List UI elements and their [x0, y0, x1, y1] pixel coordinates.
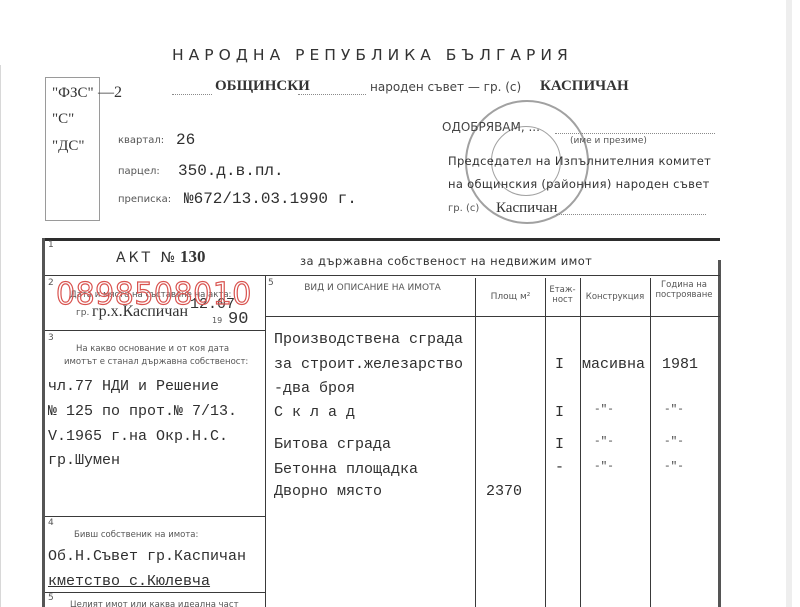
- header-floors: Етаж-ност: [546, 285, 579, 305]
- row-construction: -"-: [594, 436, 614, 448]
- section4-line: кметство с.Кюлевча: [48, 573, 210, 590]
- header-description: ВИД И ОПИСАНИЕ НА ИМОТА: [275, 283, 470, 293]
- column-divider: [545, 278, 546, 607]
- file-value: №672/13.03.1990 г.: [184, 190, 357, 208]
- section5-label: Целият имот или каква идеална част: [70, 600, 239, 607]
- section3-line: чл.77 НДИ и Решение: [48, 378, 219, 395]
- phone-watermark: 0898508010: [56, 277, 252, 312]
- column-divider: [475, 278, 476, 607]
- row-area: 2370: [486, 483, 522, 500]
- section-number: 3: [48, 333, 54, 343]
- row-year: -"-: [664, 461, 684, 473]
- header-construction: Конструкция: [581, 292, 649, 302]
- row-divider: [45, 592, 265, 593]
- row-description: С к л а д: [274, 404, 355, 421]
- name-hint: (име и презиме): [570, 136, 647, 146]
- section-number: 2: [48, 278, 54, 288]
- scan-edge-left: [0, 65, 1, 607]
- act-subject: за държавна собственост на недвижим имот: [300, 254, 592, 268]
- year-prefix: 19: [212, 316, 222, 325]
- row-description: Дворно място: [274, 483, 382, 500]
- form-top-border: [45, 238, 720, 241]
- row-description: Бетонна площадка: [274, 461, 418, 478]
- row-year: -"-: [664, 404, 684, 416]
- classification-code: "С": [52, 111, 74, 128]
- section4-line: Об.Н.Съвет гр.Каспичан: [48, 548, 246, 565]
- file-label: преписка:: [118, 194, 171, 205]
- council-label: народен съвет — гр. (с): [370, 80, 521, 94]
- column-divider: [265, 275, 266, 607]
- section3-label-line1: На какво основание и от коя дата: [76, 344, 229, 354]
- section-number: 5: [268, 278, 274, 288]
- row-floors: I: [555, 436, 564, 453]
- header-year: Година на построяване: [652, 280, 716, 300]
- scan-edge-right: [786, 0, 792, 607]
- approval-line-1: Председател на Изпълнителния комитет: [448, 154, 711, 168]
- council-town: КАСПИЧАН: [540, 78, 629, 95]
- act-number: 130: [180, 247, 206, 267]
- year-suffix: 90: [228, 310, 248, 329]
- section4-label: Бивш собственик на имота:: [74, 530, 198, 540]
- form-left-border: [42, 238, 45, 607]
- classification-code: "ФЗС": [52, 85, 94, 102]
- approval-line-3-prefix: гр. (с): [448, 203, 479, 214]
- dotted-line: [556, 214, 706, 215]
- section3-line: V.1965 г.на Окр.Н.С.: [48, 428, 228, 445]
- column-divider: [650, 278, 651, 607]
- section-number: 4: [48, 518, 54, 528]
- header-area: Площ м²: [478, 292, 543, 302]
- classification-code: "ДС": [52, 138, 84, 155]
- approval-line-2: на общинския (районния) народен съвет: [448, 177, 710, 191]
- row-description: Битова сграда: [274, 436, 391, 453]
- parcel-label: парцел:: [118, 166, 160, 177]
- column-divider: [580, 278, 581, 607]
- row-description: за строит.железарство: [274, 356, 463, 373]
- row-divider: [45, 516, 265, 517]
- section-number: 5: [48, 593, 54, 603]
- country-title: НАРОДНА РЕПУБЛИКА БЪЛГАРИЯ: [172, 46, 573, 64]
- row-divider: [45, 275, 720, 276]
- section3-line: № 125 по прот.№ 7/13.: [48, 403, 237, 420]
- row-construction: -"-: [594, 404, 614, 416]
- row-construction: -"-: [594, 461, 614, 473]
- row-floors: I: [555, 404, 564, 421]
- row-year: 1981: [662, 356, 698, 373]
- row-description: Производствена сграда: [274, 331, 463, 348]
- approval-town: Каспичан: [496, 200, 557, 217]
- quarter-label: квартал:: [118, 135, 164, 146]
- section3-label-line2: имотът е станал държавна собственост:: [64, 357, 248, 367]
- parcel-value: 350.д.в.пл.: [178, 162, 284, 180]
- quarter-value: 26: [176, 131, 195, 149]
- row-divider: [45, 330, 265, 331]
- row-floors: -: [555, 459, 564, 476]
- classification-box: "ФЗС" "С" "ДС": [45, 77, 100, 221]
- dotted-line: [172, 94, 212, 95]
- section3-line: гр.Шумен: [48, 452, 120, 469]
- approve-label: ОДОБРЯВАМ, ...: [442, 120, 540, 134]
- row-floors: I: [555, 356, 564, 373]
- classification-suffix: —2: [98, 84, 122, 102]
- form-right-border: [718, 260, 721, 607]
- act-label: АКТ №: [116, 250, 178, 266]
- row-year: -"-: [664, 436, 684, 448]
- row-description: -два броя: [274, 380, 355, 397]
- dotted-line: [555, 133, 715, 134]
- row-construction: масивна: [582, 356, 645, 373]
- table-header-divider: [265, 316, 720, 317]
- council-type: ОБЩИНСКИ: [215, 78, 310, 95]
- section-number: 1: [48, 240, 54, 250]
- dotted-line: [298, 94, 366, 95]
